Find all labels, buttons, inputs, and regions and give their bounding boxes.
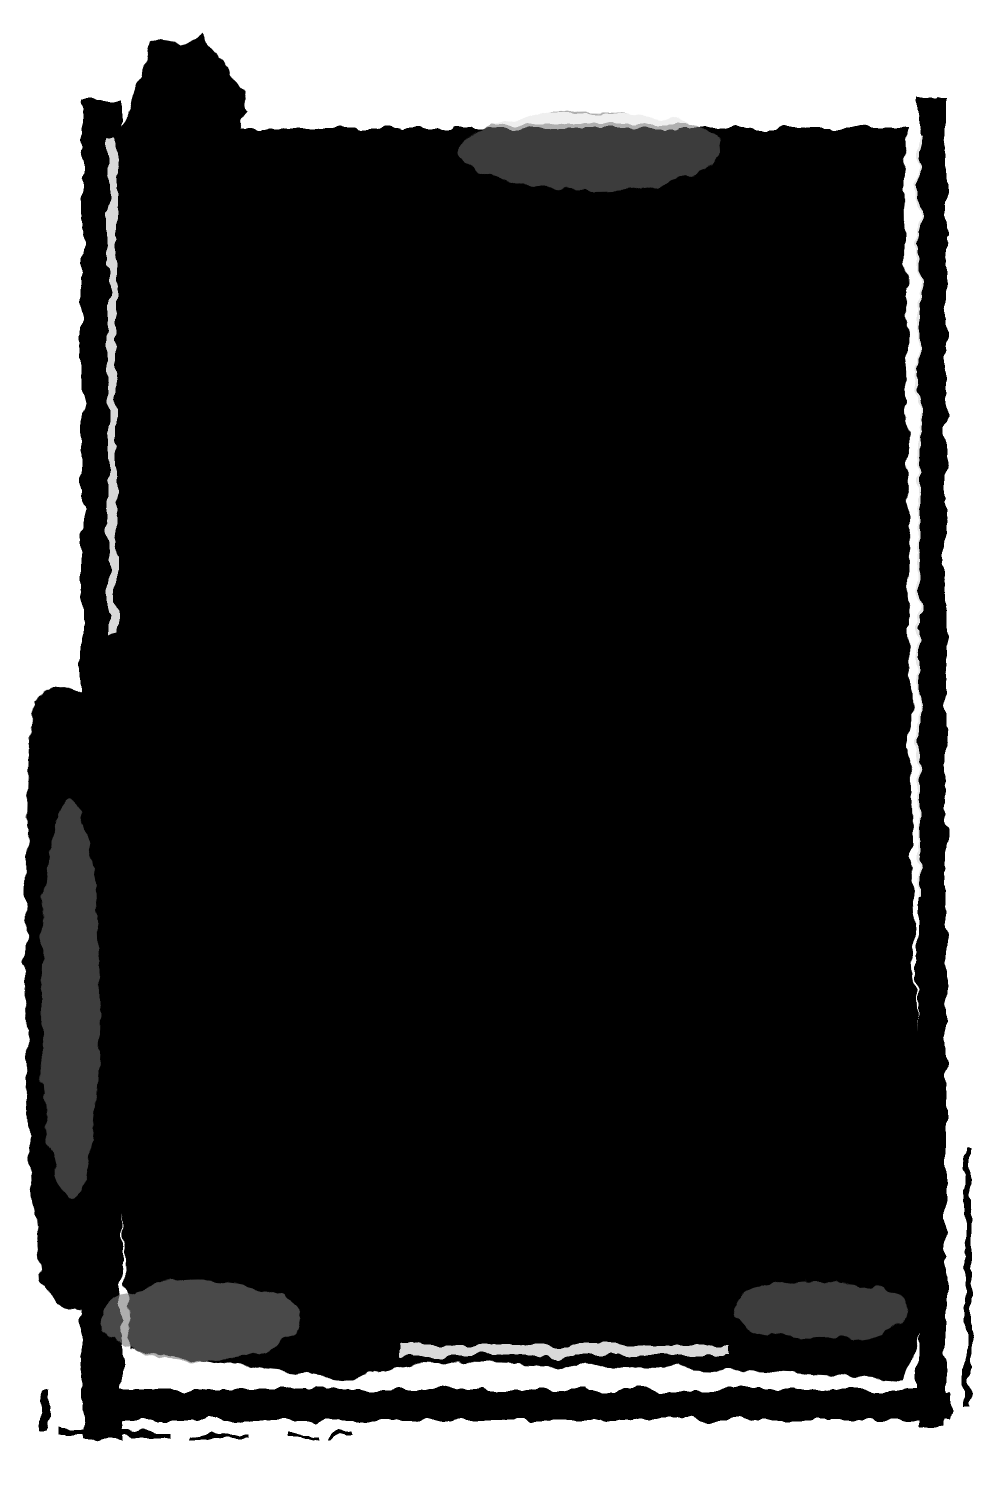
main-panel [110,128,930,1380]
grunge-frame-artwork [0,0,1000,1500]
grunge-frame-image [0,0,1000,1500]
